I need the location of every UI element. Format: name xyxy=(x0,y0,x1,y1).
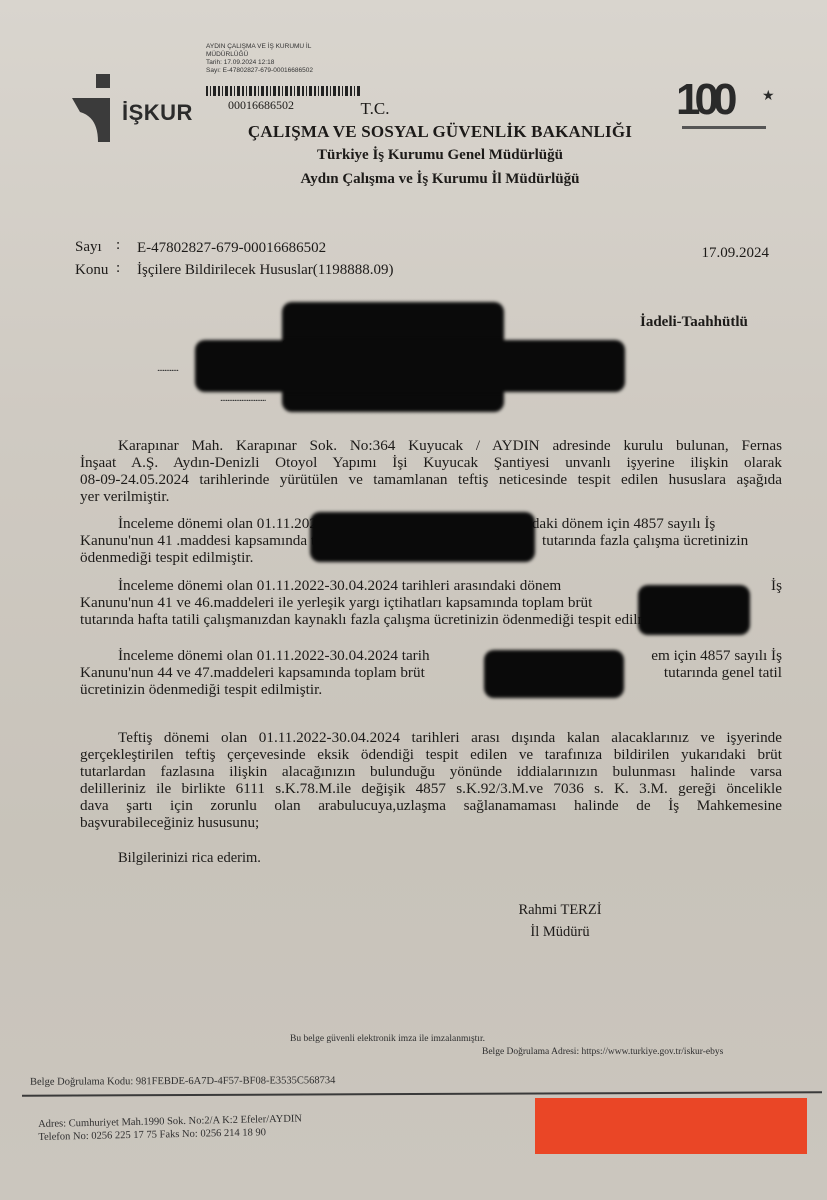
signature-block: Rahmi TERZİ İl Müdürü xyxy=(510,899,610,943)
text-line: Kanunu'nun 44 ve 47.maddeleri kapsamında… xyxy=(80,664,782,681)
redacted-recipient-address xyxy=(195,340,625,392)
iskur-logo-icon xyxy=(72,98,116,142)
paragraph-inspection-intro: Karapınar Mah. Karapınar Sok. No:364 Kuy… xyxy=(80,437,782,505)
text-segment: tutarında fazla çalışma ücretinizin xyxy=(542,532,748,549)
fax-value: 0256 214 18 90 xyxy=(200,1127,266,1139)
contact-info: Adres: Cumhuriyet Mah.1990 Sok. No:2/A K… xyxy=(38,1112,302,1144)
redacted-footer-block xyxy=(535,1098,807,1154)
text-line: dava şartı için zorunlu olan arabulucuya… xyxy=(80,797,782,814)
paragraph-legal-remedies: Teftiş dönemi olan 01.11.2022-30.04.2024… xyxy=(80,729,782,831)
text-line: gerçekleştirilen teftiş çerçevesinde eks… xyxy=(80,746,782,763)
iskur-logo-dot-icon xyxy=(96,74,110,88)
text-segment: İnceleme dönemi olan 01.11.2022-30.04.20… xyxy=(118,577,561,594)
phone-value: 0256 225 17 75 xyxy=(91,1130,157,1142)
verification-address: Belge Doğrulama Adresi: https://www.turk… xyxy=(482,1047,723,1057)
signer-title: İl Müdürü xyxy=(510,921,610,943)
delivery-type: İadeli-Taahhütlü xyxy=(640,314,748,331)
esignature-note: Bu belge güvenli elektronik imza ile imz… xyxy=(290,1034,485,1044)
redacted-amount xyxy=(484,650,624,698)
barcode xyxy=(206,86,361,96)
redacted-amount xyxy=(310,512,535,562)
phone-label: Telefon No: xyxy=(38,1131,89,1143)
text-line: ücretinizin ödenmediği tespit edilmiştir… xyxy=(80,681,782,698)
verification-code: Belge Doğrulama Kodu: 981FEBDE-6A7D-4F57… xyxy=(30,1075,335,1088)
footer-divider xyxy=(22,1091,822,1096)
directorate-general-heading: Türkiye İş Kurumu Genel Müdürlüğü xyxy=(180,147,700,164)
verification-address-label: Belge Doğrulama Adresi: xyxy=(482,1047,579,1057)
centenary-logo-text: 100 xyxy=(676,75,731,124)
stamp-date: Tarih: 17.09.2024 12:18 xyxy=(206,59,376,67)
barcode-number: 00016686502 xyxy=(228,98,294,113)
verification-address-link[interactable]: https://www.turkiye.gov.tr/iskur-ebys xyxy=(581,1047,723,1057)
text-line: İnşaat A.Ş. Aydın-Denizli Otoyol Yapımı … xyxy=(80,454,782,471)
stamp-line: AYDIN ÇALIŞMA VE İŞ KURUMU İL xyxy=(206,43,376,51)
text-segment: ındaki dönem için 4857 sayılı İş xyxy=(520,515,715,532)
text-line: delilleriniz ile birlikte 6111 s.K.78.M.… xyxy=(80,780,782,797)
text-segment: tutarında genel tatil xyxy=(664,664,782,681)
subject-label: Konu xyxy=(75,262,108,279)
verification-code-label: Belge Doğrulama Kodu: xyxy=(30,1076,133,1088)
fax-label: Faks No: xyxy=(159,1129,197,1141)
stamp-number: Sayı: E-47802827-679-00016686502 xyxy=(206,67,376,75)
text-line: başvurabileceğiniz hususunu; xyxy=(80,814,782,831)
recipient-dots: ............ xyxy=(157,362,178,374)
document-number: E-47802827-679-00016686502 xyxy=(137,240,326,257)
verification-code-value: 981FEBDE-6A7D-4F57-BF08-E3535C568734 xyxy=(136,1075,336,1087)
crescent-star-icon: ★ xyxy=(762,88,775,105)
text-line: yer verilmiştir. xyxy=(80,488,782,505)
text-segment: Kanunu'nun 44 ve 47.maddeleri kapsamında… xyxy=(80,664,425,681)
text-line: tutarlardan fazlasına ilişkin alacağınız… xyxy=(80,763,782,780)
number-colon: : xyxy=(116,237,120,254)
subject-colon: : xyxy=(116,260,120,277)
ministry-heading: ÇALIŞMA VE SOSYAL GÜVENLİK BAKANLIĞI xyxy=(180,122,700,142)
signer-name: Rahmi TERZİ xyxy=(510,899,610,921)
document-subject: İşçilere Bildirilecek Hususlar(1198888.0… xyxy=(137,262,393,279)
text-line: Teftiş dönemi olan 01.11.2022-30.04.2024… xyxy=(80,729,782,746)
text-segment: em için 4857 sayılı İş xyxy=(651,647,782,664)
document-page: İŞKUR AYDIN ÇALIŞMA VE İŞ KURUMU İL MÜDÜ… xyxy=(0,0,827,1200)
document-date: 17.09.2024 xyxy=(702,245,770,262)
text-line: Karapınar Mah. Karapınar Sok. No:364 Kuy… xyxy=(80,437,782,454)
redacted-amount xyxy=(638,585,750,635)
country-heading: T.C. xyxy=(325,99,425,119)
provincial-directorate-heading: Aydın Çalışma ve İş Kurumu İl Müdürlüğü xyxy=(180,171,700,188)
registry-stamp: AYDIN ÇALIŞMA VE İŞ KURUMU İL MÜDÜRLÜĞÜ … xyxy=(206,43,376,75)
text-line: İnceleme dönemi olan 01.11.2022-30.04.20… xyxy=(80,647,782,664)
closing-remark: Bilgilerinizi rica ederim. xyxy=(118,850,261,867)
address-label: Adres: xyxy=(38,1118,66,1130)
number-label: Sayı xyxy=(75,239,102,256)
text-segment: İş xyxy=(771,577,782,594)
text-segment: İnceleme dönemi olan 01.11.2022-30.04.20… xyxy=(118,647,430,664)
text-line: 08-09-24.05.2024 tarihlerinde yürütülen … xyxy=(80,471,782,488)
paragraph-public-holiday: İnceleme dönemi olan 01.11.2022-30.04.20… xyxy=(80,647,782,698)
stamp-line: MÜDÜRLÜĞÜ xyxy=(206,51,376,59)
recipient-dots: .......................... xyxy=(220,392,266,404)
